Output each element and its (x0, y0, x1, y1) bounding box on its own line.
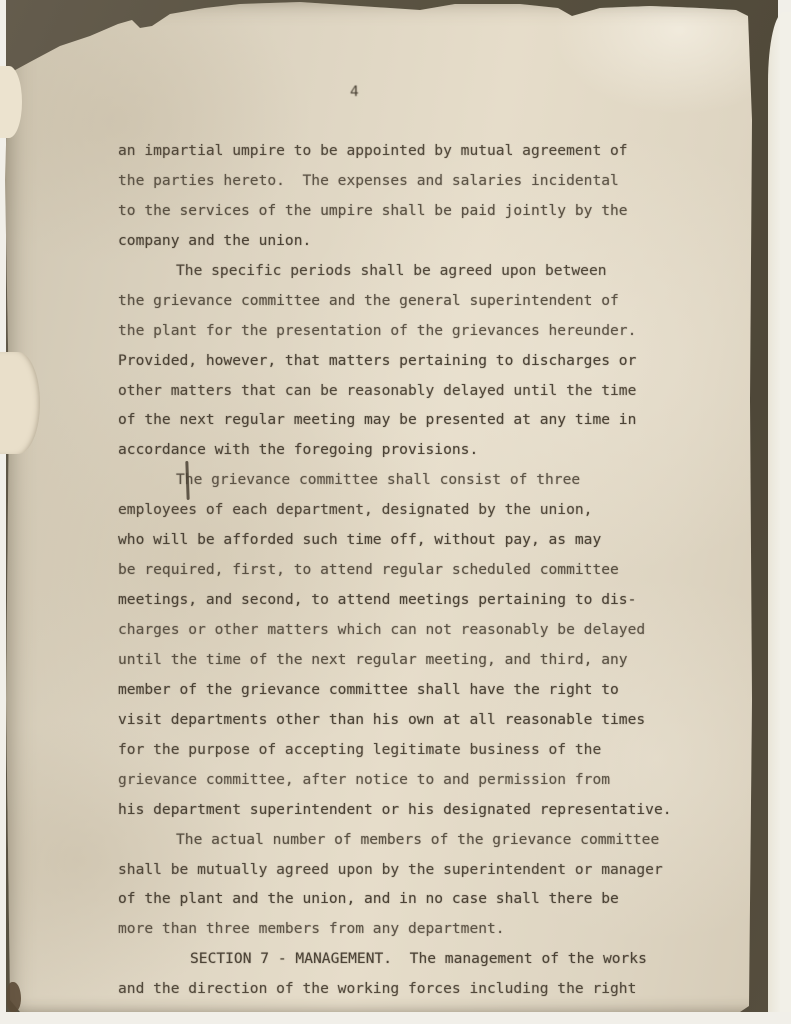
text-line: for the purpose of accepting legitimate … (118, 735, 768, 765)
text-line: be required, first, to attend regular sc… (118, 555, 768, 585)
typewritten-text: an impartial umpire to be appointed by m… (118, 136, 768, 1004)
text-line: who will be afforded such time off, with… (118, 525, 768, 555)
page-number: 4 (350, 84, 359, 100)
text-line: The actual number of members of the grie… (118, 825, 768, 855)
text-line: an impartial umpire to be appointed by m… (118, 136, 768, 166)
text-line: meetings, and second, to attend meetings… (118, 585, 768, 615)
text-line: SECTION 7 - MANAGEMENT. The management o… (118, 944, 768, 974)
text-line: to the services of the umpire shall be p… (118, 196, 768, 226)
text-line: Provided, however, that matters pertaini… (118, 346, 768, 376)
text-line: The grievance committee shall consist of… (118, 465, 768, 495)
text-line: the grievance committee and the general … (118, 286, 768, 316)
text-line: the plant for the presentation of the gr… (118, 316, 768, 346)
text-line: the parties hereto. The expenses and sal… (118, 166, 768, 196)
bottom-left-stain (7, 982, 21, 1012)
text-line: shall be mutually agreed upon by the sup… (118, 855, 768, 885)
text-line: grievance committee, after notice to and… (118, 765, 768, 795)
text-line: his department superintendent or his des… (118, 795, 768, 825)
text-line: more than three members from any departm… (118, 914, 768, 944)
text-line: company and the union. (118, 226, 768, 256)
text-line: visit departments other than his own at … (118, 705, 768, 735)
text-line: charges or other matters which can not r… (118, 615, 768, 645)
text-line: of the plant and the union, and in no ca… (118, 884, 768, 914)
text-line: and the direction of the working forces … (118, 974, 768, 1004)
text-line: member of the grievance committee shall … (118, 675, 768, 705)
scanned-document-page: 4 an impartial umpire to be appointed by… (0, 0, 791, 1024)
next-page-curled-edge (768, 12, 791, 1012)
text-line: other matters that can be reasonably del… (118, 376, 768, 406)
text-line: The specific periods shall be agreed upo… (118, 256, 768, 286)
text-line: accordance with the foregoing provisions… (118, 435, 768, 465)
text-line: until the time of the next regular meeti… (118, 645, 768, 675)
text-line: of the next regular meeting may be prese… (118, 405, 768, 435)
text-line: employees of each department, designated… (118, 495, 768, 525)
